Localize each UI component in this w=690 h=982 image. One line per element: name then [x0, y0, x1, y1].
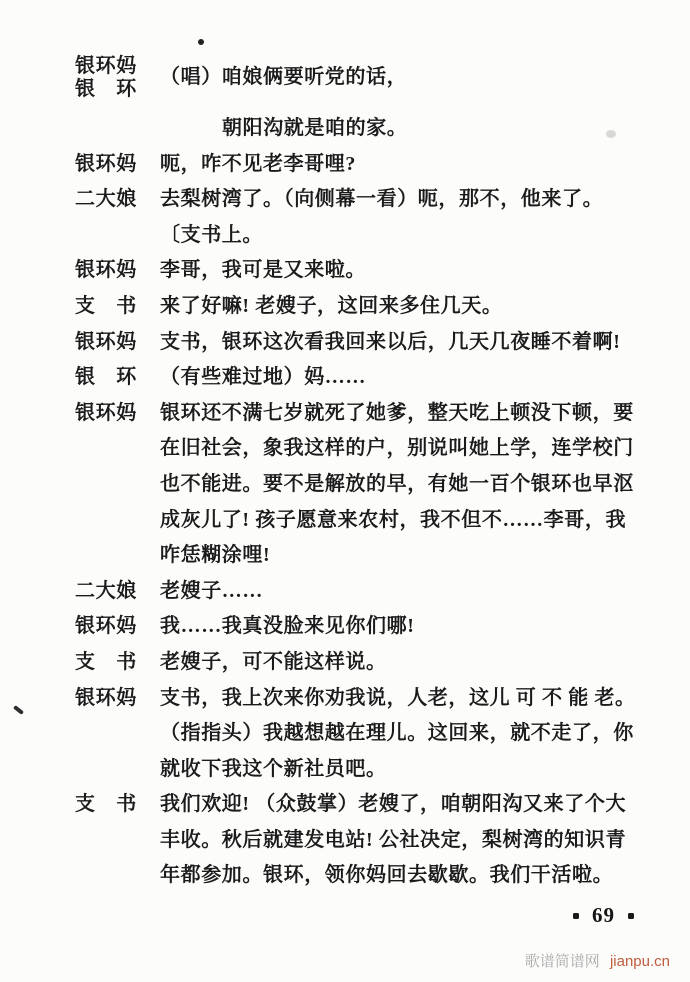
dialogue-line: 咋恁糊涂哩!: [160, 538, 636, 574]
speaker-name: 银环妈: [75, 147, 141, 183]
speaker-name: 二大娘: [75, 182, 141, 218]
dialogue-block: 银环妈 银环还不满七岁就死了她爹，整天吃上顿没下顿，要在旧社会，象我这样的户，别…: [75, 396, 636, 574]
speaker-column: 银环妈: [75, 147, 141, 183]
scanned-script-page: 银环妈银 环 （唱）咱娘俩要听党的话， 朝阳沟就是咱的家。 银环妈 呃，咋不见老…: [0, 0, 690, 982]
dialogue-line: 来了好嘛! 老嫂子，这回来多住几天。: [160, 289, 636, 325]
dialogue-line: 我……我真没脸来见你们哪!: [160, 609, 636, 645]
dialogue-line: 老嫂子……: [160, 574, 636, 610]
speaker-column: 支 书: [75, 289, 141, 325]
dialogue-column: （唱）咱娘俩要听党的话，: [160, 60, 636, 96]
dialogue-line: （唱）咱娘俩要听党的话，: [160, 60, 636, 96]
page-number-value: 69: [592, 903, 615, 928]
dialogue-line: 在旧社会，象我这样的户，别说叫她上学，连学校门: [160, 431, 636, 467]
dialogue-block: 银环妈 李哥，我可是又来啦。: [75, 253, 636, 289]
stage-direction-line: 〔支书上。: [160, 218, 636, 254]
speaker-name: 支 书: [75, 787, 141, 823]
speaker-column: 二大娘: [75, 574, 141, 610]
dialogue-line: 银环还不满七岁就死了她爹，整天吃上顿没下顿，要: [160, 396, 636, 432]
watermark-site-url: jianpu.cn: [610, 953, 670, 970]
speaker-name: 支 书: [75, 645, 141, 681]
speaker-column: 支 书: [75, 645, 141, 681]
dialogue-column: 呃，咋不见老李哥哩?: [160, 147, 636, 183]
speaker-column: 银 环: [75, 360, 141, 396]
dialogue-block: 银环妈银 环 （唱）咱娘俩要听党的话，: [75, 55, 636, 101]
speaker-column: 银环妈: [75, 325, 141, 361]
dialogue-block: 银环妈 呃，咋不见老李哥哩?: [75, 147, 636, 183]
dialogue-line: 呃，咋不见老李哥哩?: [160, 147, 636, 183]
dialogue-block: 支 书 老嫂子，可不能这样说。: [75, 645, 636, 681]
dialogue-block: 二大娘 老嫂子……: [75, 574, 636, 610]
dialogue-line: 朝阳沟就是咱的家。: [160, 111, 636, 147]
speaker-column: 银环妈: [75, 681, 141, 717]
speaker-name: 银环妈: [75, 55, 141, 78]
dialogue-column: 支书，银环这次看我回来以后，几天几夜睡不着啊!: [160, 325, 636, 361]
dialogue-column: （有些难过地）妈……: [160, 360, 636, 396]
dialogue-block: 支 书 来了好嘛! 老嫂子，这回来多住几天。: [75, 289, 636, 325]
dialogue-line: 李哥，我可是又来啦。: [160, 253, 636, 289]
dialogue-block: 支 书 我们欢迎! （众鼓掌）老嫂了，咱朝阳沟又来了个大丰收。秋后就建发电站! …: [75, 787, 636, 894]
speaker-column: 银环妈: [75, 609, 141, 645]
speaker-name: 银环妈: [75, 253, 141, 289]
dialogue-column: 来了好嘛! 老嫂子，这回来多住几天。: [160, 289, 636, 325]
dialogue-column: 〔支书上。: [160, 218, 636, 254]
dialogue-line: 去梨树湾了。（向侧幕一看）呃，那不，他来了。: [160, 182, 636, 218]
dialogue-block: 银环妈 支书，我上次来你劝我说，人老，这儿 可 不 能 老。（指指头）我越想越在…: [75, 681, 636, 788]
watermark-site-name: 歌谱简谱网: [525, 953, 600, 970]
ink-dot: [198, 39, 204, 45]
dialogue-line: 支书，银环这次看我回来以后，几天几夜睡不着啊!: [160, 325, 636, 361]
dialogue-line: 支书，我上次来你劝我说，人老，这儿 可 不 能 老。: [160, 681, 636, 717]
dialogue-line: 也不能进。要不是解放的早，有她一百个银环也早沤: [160, 467, 636, 503]
dialogue-block: 银环妈 我……我真没脸来见你们哪!: [75, 609, 636, 645]
dialogue-column: 去梨树湾了。（向侧幕一看）呃，那不，他来了。: [160, 182, 636, 218]
dialogue-column: 李哥，我可是又来啦。: [160, 253, 636, 289]
speaker-name: 银环妈: [75, 396, 141, 432]
speaker-name: 银环妈: [75, 609, 141, 645]
dialogue-line: 就收下我这个新社员吧。: [160, 752, 636, 788]
dialogue-line: 老嫂子，可不能这样说。: [160, 645, 636, 681]
dialogue-column: 老嫂子，可不能这样说。: [160, 645, 636, 681]
ink-mark: [13, 705, 24, 715]
speaker-name: 银环妈: [75, 681, 141, 717]
dialogue-block: 朝阳沟就是咱的家。: [75, 111, 636, 147]
speaker-column: 二大娘: [75, 182, 141, 218]
dialogue-column: 我……我真没脸来见你们哪!: [160, 609, 636, 645]
dialogue-line: 丰收。秋后就建发电站! 公社决定，梨树湾的知识青: [160, 823, 636, 859]
dialogue-block: 银环妈 支书，银环这次看我回来以后，几天几夜睡不着啊!: [75, 325, 636, 361]
speaker-name: 银 环: [75, 78, 141, 101]
dialogue-block: 银 环 （有些难过地）妈……: [75, 360, 636, 396]
dialogue-line: （有些难过地）妈……: [160, 360, 636, 396]
speaker-name: 银环妈: [75, 325, 141, 361]
dialogue-block: 〔支书上。: [75, 218, 636, 254]
dialogue-column: 支书，我上次来你劝我说，人老，这儿 可 不 能 老。（指指头）我越想越在理儿。这…: [160, 681, 636, 788]
speaker-column: 银环妈: [75, 253, 141, 289]
watermark: 歌谱简谱网 jianpu.cn: [525, 950, 670, 971]
script-body: 银环妈银 环 （唱）咱娘俩要听党的话， 朝阳沟就是咱的家。 银环妈 呃，咋不见老…: [75, 55, 636, 894]
speaker-column: 银环妈银 环: [75, 55, 141, 101]
speaker-column: 银环妈: [75, 396, 141, 432]
dialogue-column: 我们欢迎! （众鼓掌）老嫂了，咱朝阳沟又来了个大丰收。秋后就建发电站! 公社决定…: [160, 787, 636, 894]
dialogue-column: 老嫂子……: [160, 574, 636, 610]
dialogue-line: 成灰儿了! 孩子愿意来农村，我不但不……李哥，我: [160, 503, 636, 539]
dialogue-column: 朝阳沟就是咱的家。: [160, 111, 636, 147]
dialogue-line: 我们欢迎! （众鼓掌）老嫂了，咱朝阳沟又来了个大: [160, 787, 636, 823]
dialogue-block: 二大娘 去梨树湾了。（向侧幕一看）呃，那不，他来了。: [75, 182, 636, 218]
dialogue-column: 银环还不满七岁就死了她爹，整天吃上顿没下顿，要在旧社会，象我这样的户，别说叫她上…: [160, 396, 636, 574]
page-number-dot-left-icon: [573, 913, 579, 919]
speaker-name: 支 书: [75, 289, 141, 325]
page-number: 69: [573, 903, 634, 928]
page-number-dot-right-icon: [628, 913, 634, 919]
speaker-name: 银 环: [75, 360, 141, 396]
dialogue-line: （指指头）我越想越在理儿。这回来，就不走了，你: [160, 716, 636, 752]
speaker-name: 二大娘: [75, 574, 141, 610]
speaker-column: 支 书: [75, 787, 141, 823]
dialogue-line: 年都参加。银环，领你妈回去歇歇。我们干活啦。: [160, 858, 636, 894]
